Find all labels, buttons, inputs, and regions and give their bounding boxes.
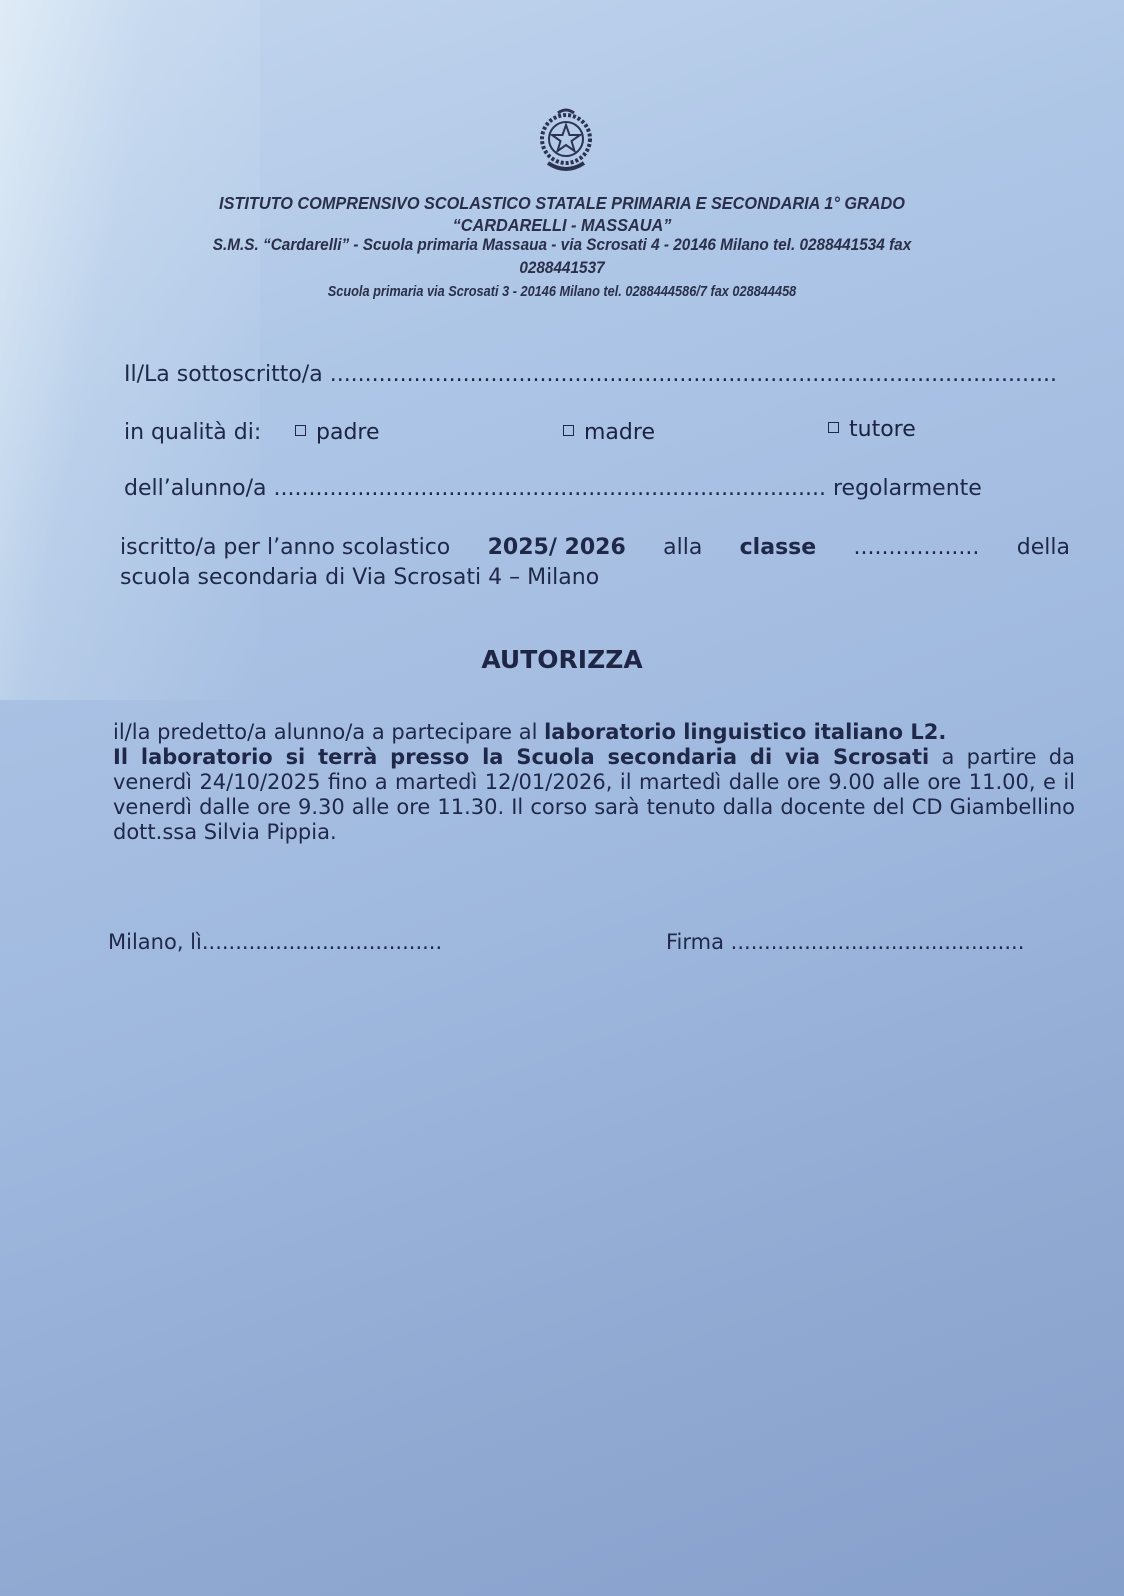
signer-blank[interactable]: ........................................… [330, 362, 1057, 387]
address-line-1-cont: 0288441537 [39, 259, 1084, 278]
school-name: “CARDARELLI - MASSAUA” [39, 215, 1084, 236]
date-label: Milano, lì [108, 930, 202, 954]
italian-republic-emblem-icon [534, 105, 598, 177]
role-option-madre[interactable]: madre [563, 420, 655, 445]
role-option-padre[interactable]: padre [295, 420, 380, 445]
student-suffix: regolarmente [833, 476, 982, 501]
checkbox-icon[interactable] [295, 425, 306, 436]
student-label: dell’alunno/a [124, 476, 267, 501]
role-label: in qualità di: [124, 420, 261, 445]
student-field[interactable]: dell’alunno/a ..........................… [124, 476, 982, 501]
signature-label: Firma [666, 930, 724, 954]
authorization-body: il/la predetto/a alunno/a a partecipare … [113, 720, 1075, 845]
class-blank[interactable]: .................. [854, 535, 980, 560]
checkbox-icon[interactable] [563, 425, 574, 436]
student-blank[interactable]: ........................................… [274, 476, 826, 501]
paper-glare [0, 0, 260, 700]
address-line-1: S.M.S. “Cardarelli” - Scuola primaria Ma… [39, 236, 1084, 255]
checkbox-icon[interactable] [828, 422, 839, 433]
signature-field[interactable]: Firma ..................................… [666, 930, 1024, 954]
school-year: 2025/ 2026 [488, 535, 626, 560]
class-label: classe [740, 535, 817, 560]
role-option-tutore[interactable]: tutore [828, 417, 916, 442]
date-field[interactable]: Milano, lì..............................… [108, 930, 442, 954]
address-line-2: Scuola primaria via Scrosati 3 - 20146 M… [84, 283, 1039, 300]
signer-label: Il/La sottoscritto/a [124, 362, 323, 387]
school-line: scuola secondaria di Via Scrosati 4 – Mi… [120, 565, 599, 590]
institute-name: ISTITUTO COMPRENSIVO SCOLASTICO STATALE … [39, 193, 1084, 214]
date-blank[interactable]: .................................... [202, 930, 442, 954]
signer-field[interactable]: Il/La sottoscritto/a ...................… [124, 362, 1057, 387]
signature-blank[interactable]: ........................................… [731, 930, 1025, 954]
enrollment-line: iscritto/a per l’anno scolastico 2025/ 2… [120, 535, 1070, 560]
authorization-title: AUTORIZZA [0, 645, 1124, 674]
